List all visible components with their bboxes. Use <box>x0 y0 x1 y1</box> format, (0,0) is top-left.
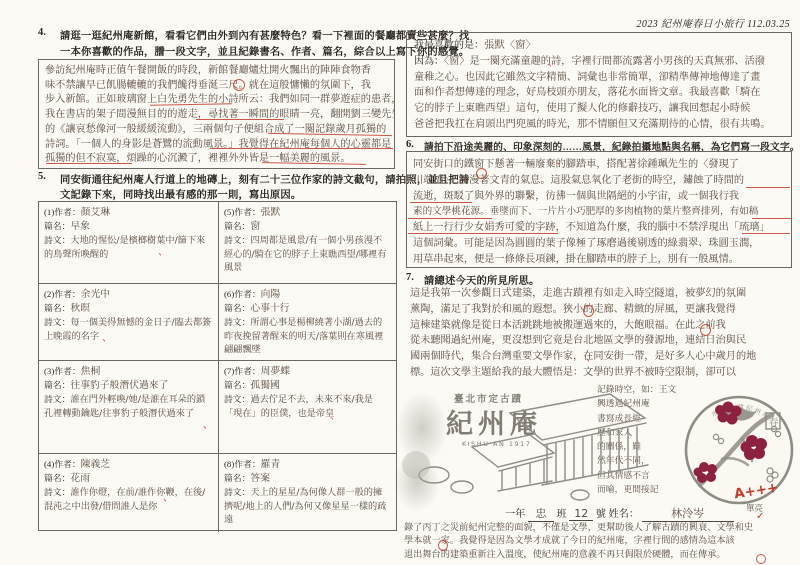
q7-answer-line: 薰陶，滿足了我對於和風的遐想。狹小的走廊、精緻的屏風，更讓我覺得 <box>410 302 790 318</box>
red-underline-mark <box>196 119 284 120</box>
q4-answer-line: 參訪紀州庵時正值午餐開飯的時段，新館餐廳爐灶開火飄出的陣陣食物香 <box>45 64 388 79</box>
q7-answer-line: 從未聽聞過紀州庵，更沒想到它竟是台北地區文學的發源地，連結日治與民 <box>410 333 790 349</box>
q4-number: 4. <box>38 27 46 38</box>
q7-answer-line: 這棟建築就像是從日本活跳跳地被搬運過來的，大飽眼福。在此之前我 <box>410 318 790 334</box>
author-value: 余光中 <box>81 289 110 300</box>
poem-cell-6: (6)作者：向陽 篇名：心事十行 詩文：所謂心事是楊柳繞著小湖/過去的昨夜挽留著… <box>219 284 396 361</box>
because-label: 因為： <box>414 56 444 67</box>
favorite-reason-line: 它的脖子上東瞧西望」這句，使用了擬人化的修辭技巧，讓我回想起小時候 <box>414 101 784 117</box>
red-circle-mark <box>233 79 245 91</box>
title-label: 篇名： <box>44 380 70 390</box>
cell-number: (8) <box>224 459 234 469</box>
red-pause-mark: 、 <box>102 329 112 344</box>
q7-answer-line: 國兩個時代，集合台灣重要文學作家，在同安街一帶，是好多人心中歲月的地 <box>410 349 790 365</box>
scanned-worksheet-page: 2023 紀州庵春日小旅行 112.03.25 4. 請逛一逛紀州庵新館，看看它… <box>0 0 800 565</box>
title-value: 窗 <box>250 221 260 232</box>
class-label: 班 <box>556 509 566 520</box>
poem-label: 詩文： <box>44 235 70 245</box>
author-value: 陳義芝 <box>81 459 110 470</box>
cell-number: (5) <box>224 207 234 217</box>
q6-answer-line: 用草串起來，便是一條條長項鍊，掛在腳踏車的脖子上，別有一般風情。 <box>413 252 785 268</box>
q5-number: 5. <box>38 171 46 182</box>
building-sketch <box>402 385 654 509</box>
cell-number: (2) <box>44 289 54 299</box>
footer-line: 退出舞台的建築重新注入溫度，使紀州庵的意義不再只侷限於硬體，而在傳承。 <box>404 548 796 561</box>
cell-number: (1) <box>44 207 54 217</box>
poem-label: 詩文： <box>224 235 250 245</box>
q4-answer-box: 參訪紀州庵時正值午餐開飯的時段，新館餐廳爐灶開火飄出的陣陣食物香 味不禁讓早已飢… <box>38 59 395 169</box>
author-value: 周夢蝶 <box>261 366 290 377</box>
red-underline-mark <box>746 187 790 188</box>
poem-cell-2: (2)作者：余光中 篇名：秋暝 詩文：每一個美得無憾的金日子/臨去都簽上晚霞的名… <box>39 284 219 361</box>
q6-answer-line: 同安街口的鐵窗下懸著一輛廢棄的腳踏車，搭配著徐鍾珮先生的〈發現了 <box>413 157 785 173</box>
favorite-reason-line: 童稚之心。也因此它雖然文字精簡、詞彙也非常簡單，卻精準傳神地傳達了畫 <box>414 70 784 86</box>
q4-answer-line: 步入新館。正如玻璃窗上白先勇先生的小詩所云：我們如同一群夢遊症的患者， <box>45 93 388 108</box>
q5-prompt-line2: 文記錄下來，同時找出最有感的那一則，寫出原因。 <box>60 186 301 201</box>
author-label: 作者： <box>234 289 260 299</box>
author-value: 張默 <box>261 207 281 218</box>
title-label: 篇名： <box>224 473 250 483</box>
red-pause-mark: 、 <box>330 407 340 422</box>
red-underline-mark <box>752 218 792 219</box>
favorite-value: 張默〈窗〉 <box>484 39 536 51</box>
red-pause-mark: 、 <box>556 152 566 167</box>
q7-number: 7. <box>406 272 414 283</box>
q7-answer-line: 這是我第一次參觀日式建築，走進古蹟裡有如走入時空隧道，被夢幻的氛圍 <box>410 286 790 302</box>
poem-cell-3: (3)作者：焦桐 篇名：往事豹子般潛伏過來了 詩文：誰在門外輕喚/她/是誰在耳朵… <box>39 361 219 454</box>
red-underline-mark <box>408 218 492 219</box>
title-value: 早象 <box>70 221 90 232</box>
author-value: 焦桐 <box>81 366 101 377</box>
student-name-line: 一年 忠 班 12 號 姓名： 林泠岑 <box>505 505 734 522</box>
q7-footer-continuation: 錄了丙丁之災前紀州完整的面貌，不僅是文學，更幫助後人了解古蹟的興衰、文學和史 學… <box>404 521 796 561</box>
favorite-reason-line: 〈窗〉是一闋充滿童趣的詩，字裡行間都流露著小男孩的天真無邪、活潑 <box>444 56 765 67</box>
student-name-value: 林泠岑 <box>642 505 734 522</box>
author-label: 作者： <box>234 207 260 217</box>
title-label: 篇名： <box>44 473 70 483</box>
cell-number: (3) <box>44 366 54 376</box>
poem-cell-8: (8)作者：羅青 篇名：答案 詩文：天上的星星/為何像人群一般的擁擠呢/地上的人… <box>219 454 396 532</box>
poem-cell-4: (4)作者：陳義芝 篇名：花雨 詩文：誰作你燈，在前/誰作你鞭，在後/混沌之中出… <box>39 454 219 532</box>
favorite-answer-box: 我最喜歡的是：張默〈窗〉 因為：〈窗〉是一闋充滿童趣的詩，字裡行間都流露著小男孩… <box>406 32 792 137</box>
author-label: 作者： <box>54 366 80 376</box>
season-character: 春 <box>769 416 779 429</box>
q4-answer-line: 的《讓哀愁像河一般緩緩流動》，三兩個句子便組合成了一闋記錄歲月孤獨的 <box>45 123 388 138</box>
red-underline-mark <box>46 163 132 164</box>
red-pause-mark: 、 <box>586 349 596 364</box>
poem-cell-7: (7)作者：周夢蝶 篇名：孤獨國 詩文：過去佇足不去，未來不來/我是「現在」的臣… <box>219 361 396 454</box>
red-circle-mark <box>756 554 766 564</box>
cell-number: (6) <box>224 289 234 299</box>
favorite-label: 我最喜歡的是： <box>414 40 484 51</box>
title-label: 篇名： <box>224 221 250 231</box>
title-value: 秋暝 <box>70 303 90 314</box>
title-label: 篇名： <box>44 221 70 231</box>
red-underline-mark <box>408 233 558 234</box>
q7-answer-line: 標。這次文學主題給我的最大體悟是：文學的世界不被時空限制，卻可以 <box>410 365 790 381</box>
poem-value: 每一個美得無憾的金日子/臨去都簽上晚霞的名字 <box>44 317 211 342</box>
q6-number: 6. <box>406 139 414 150</box>
cell-number: (4) <box>44 459 54 469</box>
red-circle-mark <box>700 324 711 336</box>
red-pause-mark: 、 <box>158 243 168 258</box>
title-value: 心事十行 <box>250 303 289 314</box>
kishu-an-building-stamp: 臺北市定古蹟 紀州庵 KISHU AN 1917 <box>402 385 654 509</box>
q6-answer-box: 同安街口的鐵窗下懸著一輛廢棄的腳踏車，搭配著徐鍾珮先生的〈發現了 川端橋〉，瀰漫… <box>406 151 792 268</box>
cell-number: (7) <box>224 366 234 376</box>
header-date-line: 2023 紀州庵春日小旅行 112.03.25 <box>575 15 790 30</box>
author-value: 向陽 <box>261 289 281 300</box>
red-underline-mark <box>742 233 790 234</box>
poem-cell-5: (5)作者：張默 篇名：窗 詩文：四周都是風景/有一個小男孩漫不經心的/騎在它的… <box>219 202 396 284</box>
red-underline-mark <box>410 202 472 203</box>
poem-label: 詩文： <box>44 487 70 497</box>
poem-label: 詩文： <box>44 394 70 404</box>
poem-label: 詩文： <box>224 394 250 404</box>
q4-answer-line: 孤獨的但不寂寞，煩躁的心沉澱了，裡裡外外皆是一幅美麗的風景。 <box>45 152 388 167</box>
q6-answer-line: 這個詞彙。可能是因為圓圓的葉子像極了琢磨過後剔透的綠翡翠、珠圓玉潤， <box>413 236 785 252</box>
red-pause-mark: 、 <box>548 54 558 69</box>
author-value: 羅青 <box>261 459 281 470</box>
q6-answer-line: 川端橋〉，瀰漫著文青的氣息。這股氣息氧化了老街的時空，鏽蝕了時間的 <box>413 173 785 189</box>
title-value: 答案 <box>250 473 270 484</box>
q4-answer-line: 詩詞。「一個人的身影是蒼鷺的流動風景。」我覺得在紀州庵每個人的心靈都是 <box>45 138 388 153</box>
title-label: 篇名： <box>44 303 70 313</box>
poem-cell-1: (1)作者：顏艾琳 篇名：早象 詩文：大地的惺忪/是檳榔樹葉中/篩下來的鳥聲所喚… <box>39 202 219 284</box>
author-label: 作者： <box>234 459 260 469</box>
favorite-reason-line: 爸爸把我扛在肩頭出門兜風的時光，那不情願但又充滿期待的心情，很有共鳴。 <box>414 117 784 133</box>
title-value: 孤獨國 <box>250 380 279 391</box>
red-pause-mark: 、 <box>163 489 173 504</box>
poem-label: 詩文： <box>224 487 250 497</box>
author-label: 作者： <box>54 289 80 299</box>
poem-quote-table: (1)作者：顏艾琳 篇名：早象 詩文：大地的惺忪/是檳榔樹葉中/篩下來的鳥聲所喚… <box>38 201 397 531</box>
poem-label: 詩文： <box>44 317 70 327</box>
title-label: 篇名： <box>224 380 250 390</box>
year-label: 一年 <box>505 509 525 520</box>
author-value: 顏艾琳 <box>81 207 110 218</box>
q4-answer-line: 味不禁讓早已飢腸轆轆的我們饞得垂涎三尺。就在這般慵懶的氛圍下，我 <box>45 79 388 94</box>
author-label: 作者： <box>54 459 80 469</box>
footer-line: 錄了丙丁之災前紀州完整的面貌，不僅是文學，更幫助後人了解古蹟的興衰、文學和史 <box>404 521 796 534</box>
footer-line: 學本就一家。我覺得是因為文學才成就了今日的紀州庵，字裡行間的感情為這本該 <box>404 534 796 547</box>
red-circle-mark <box>476 168 487 179</box>
red-pause-mark: 、 <box>203 416 213 431</box>
title-value: 往事豹子般潛伏過來了 <box>70 380 168 391</box>
red-circle-mark <box>583 305 594 317</box>
favorite-reason-line: 面和作者想傳達的理念，好鳥枝頭亦朋友，落花水面皆文章。我最喜歡「騎在 <box>414 85 784 101</box>
seat-number-value: 12 <box>569 507 593 521</box>
title-label: 篇名： <box>224 303 250 313</box>
number-name-label: 號 姓名： <box>596 509 639 520</box>
q4-answer-line: 我在書店的架子間漫無目的的遊走，尋找著一瞬間的眼睛一亮，翻開劉三變先生 <box>45 108 388 123</box>
class-value: 忠 <box>528 505 554 522</box>
red-circle-mark <box>438 540 448 551</box>
red-underline-mark <box>210 148 393 149</box>
title-value: 花雨 <box>70 473 90 484</box>
author-label: 作者： <box>54 207 80 217</box>
poem-label: 詩文： <box>224 317 250 327</box>
author-label: 作者： <box>234 366 260 376</box>
q7-answer-area: 這是我第一次參觀日式建築，走進古蹟裡有如走入時空隧道，被夢幻的氛圍 薰陶，滿足了… <box>406 283 794 383</box>
